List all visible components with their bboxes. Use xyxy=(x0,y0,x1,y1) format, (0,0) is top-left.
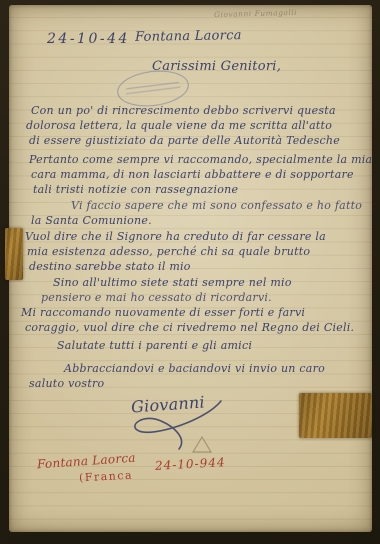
pencil-triangle-mark-icon xyxy=(191,435,213,455)
body-line: saluto vostro xyxy=(29,377,104,390)
body-line: destino sarebbe stato il mio xyxy=(29,260,191,273)
body-line: la Santa Comunione. xyxy=(31,214,152,227)
body-line: Sino all'ultimo siete stati sempre nel m… xyxy=(53,276,292,289)
letter-photo: Giovanni Fumagalli 24-10-44 Fontana Laor… xyxy=(0,0,380,544)
letter-paper: Giovanni Fumagalli 24-10-44 Fontana Laor… xyxy=(9,5,372,532)
body-line: Abbracciandovi e baciandovi vi invio un … xyxy=(64,362,325,375)
letter-place-heading: Fontana Laorca xyxy=(135,28,242,45)
body-line: Vi faccio sapere che mi sono confessato … xyxy=(71,199,362,212)
body-line: di essere giustiziato da parte delle Aut… xyxy=(29,134,340,147)
body-line: coraggio, vuol dire che ci rivedremo nel… xyxy=(25,321,354,334)
body-line: Pertanto come sempre vi raccomando, spec… xyxy=(29,153,372,166)
tape-patch-bottom-right xyxy=(299,393,372,438)
body-line: pensiero e mai ho cessato di ricordarvi. xyxy=(41,291,272,304)
stamp-illegible-text xyxy=(124,76,182,102)
pencil-annotation: Giovanni Fumagalli xyxy=(214,8,297,19)
body-line: Vuol dire che il Signore ha creduto di f… xyxy=(25,230,326,243)
body-line: Con un po' di rincrescimento debbo scriv… xyxy=(31,104,336,117)
tape-patch-left xyxy=(5,228,23,280)
footer-note: (Franca xyxy=(79,469,134,485)
signature-block: Giovanni xyxy=(117,391,247,453)
body-line: Salutate tutti i parenti e gli amici xyxy=(57,339,252,352)
body-line: dolorosa lettera, la quale viene da me s… xyxy=(26,119,332,132)
letter-date: 24-10-44 xyxy=(47,31,130,47)
footer-date: 24-10-944 xyxy=(155,455,226,473)
body-line: tali tristi notizie con rassegnazione xyxy=(33,183,238,196)
body-line: mia esistenza adesso, perché chi sa qual… xyxy=(27,245,310,258)
body-line: cara mamma, di non lasciarti abbattere e… xyxy=(31,168,354,181)
body-line: Mi raccomando nuovamente di esser forti … xyxy=(21,306,305,319)
